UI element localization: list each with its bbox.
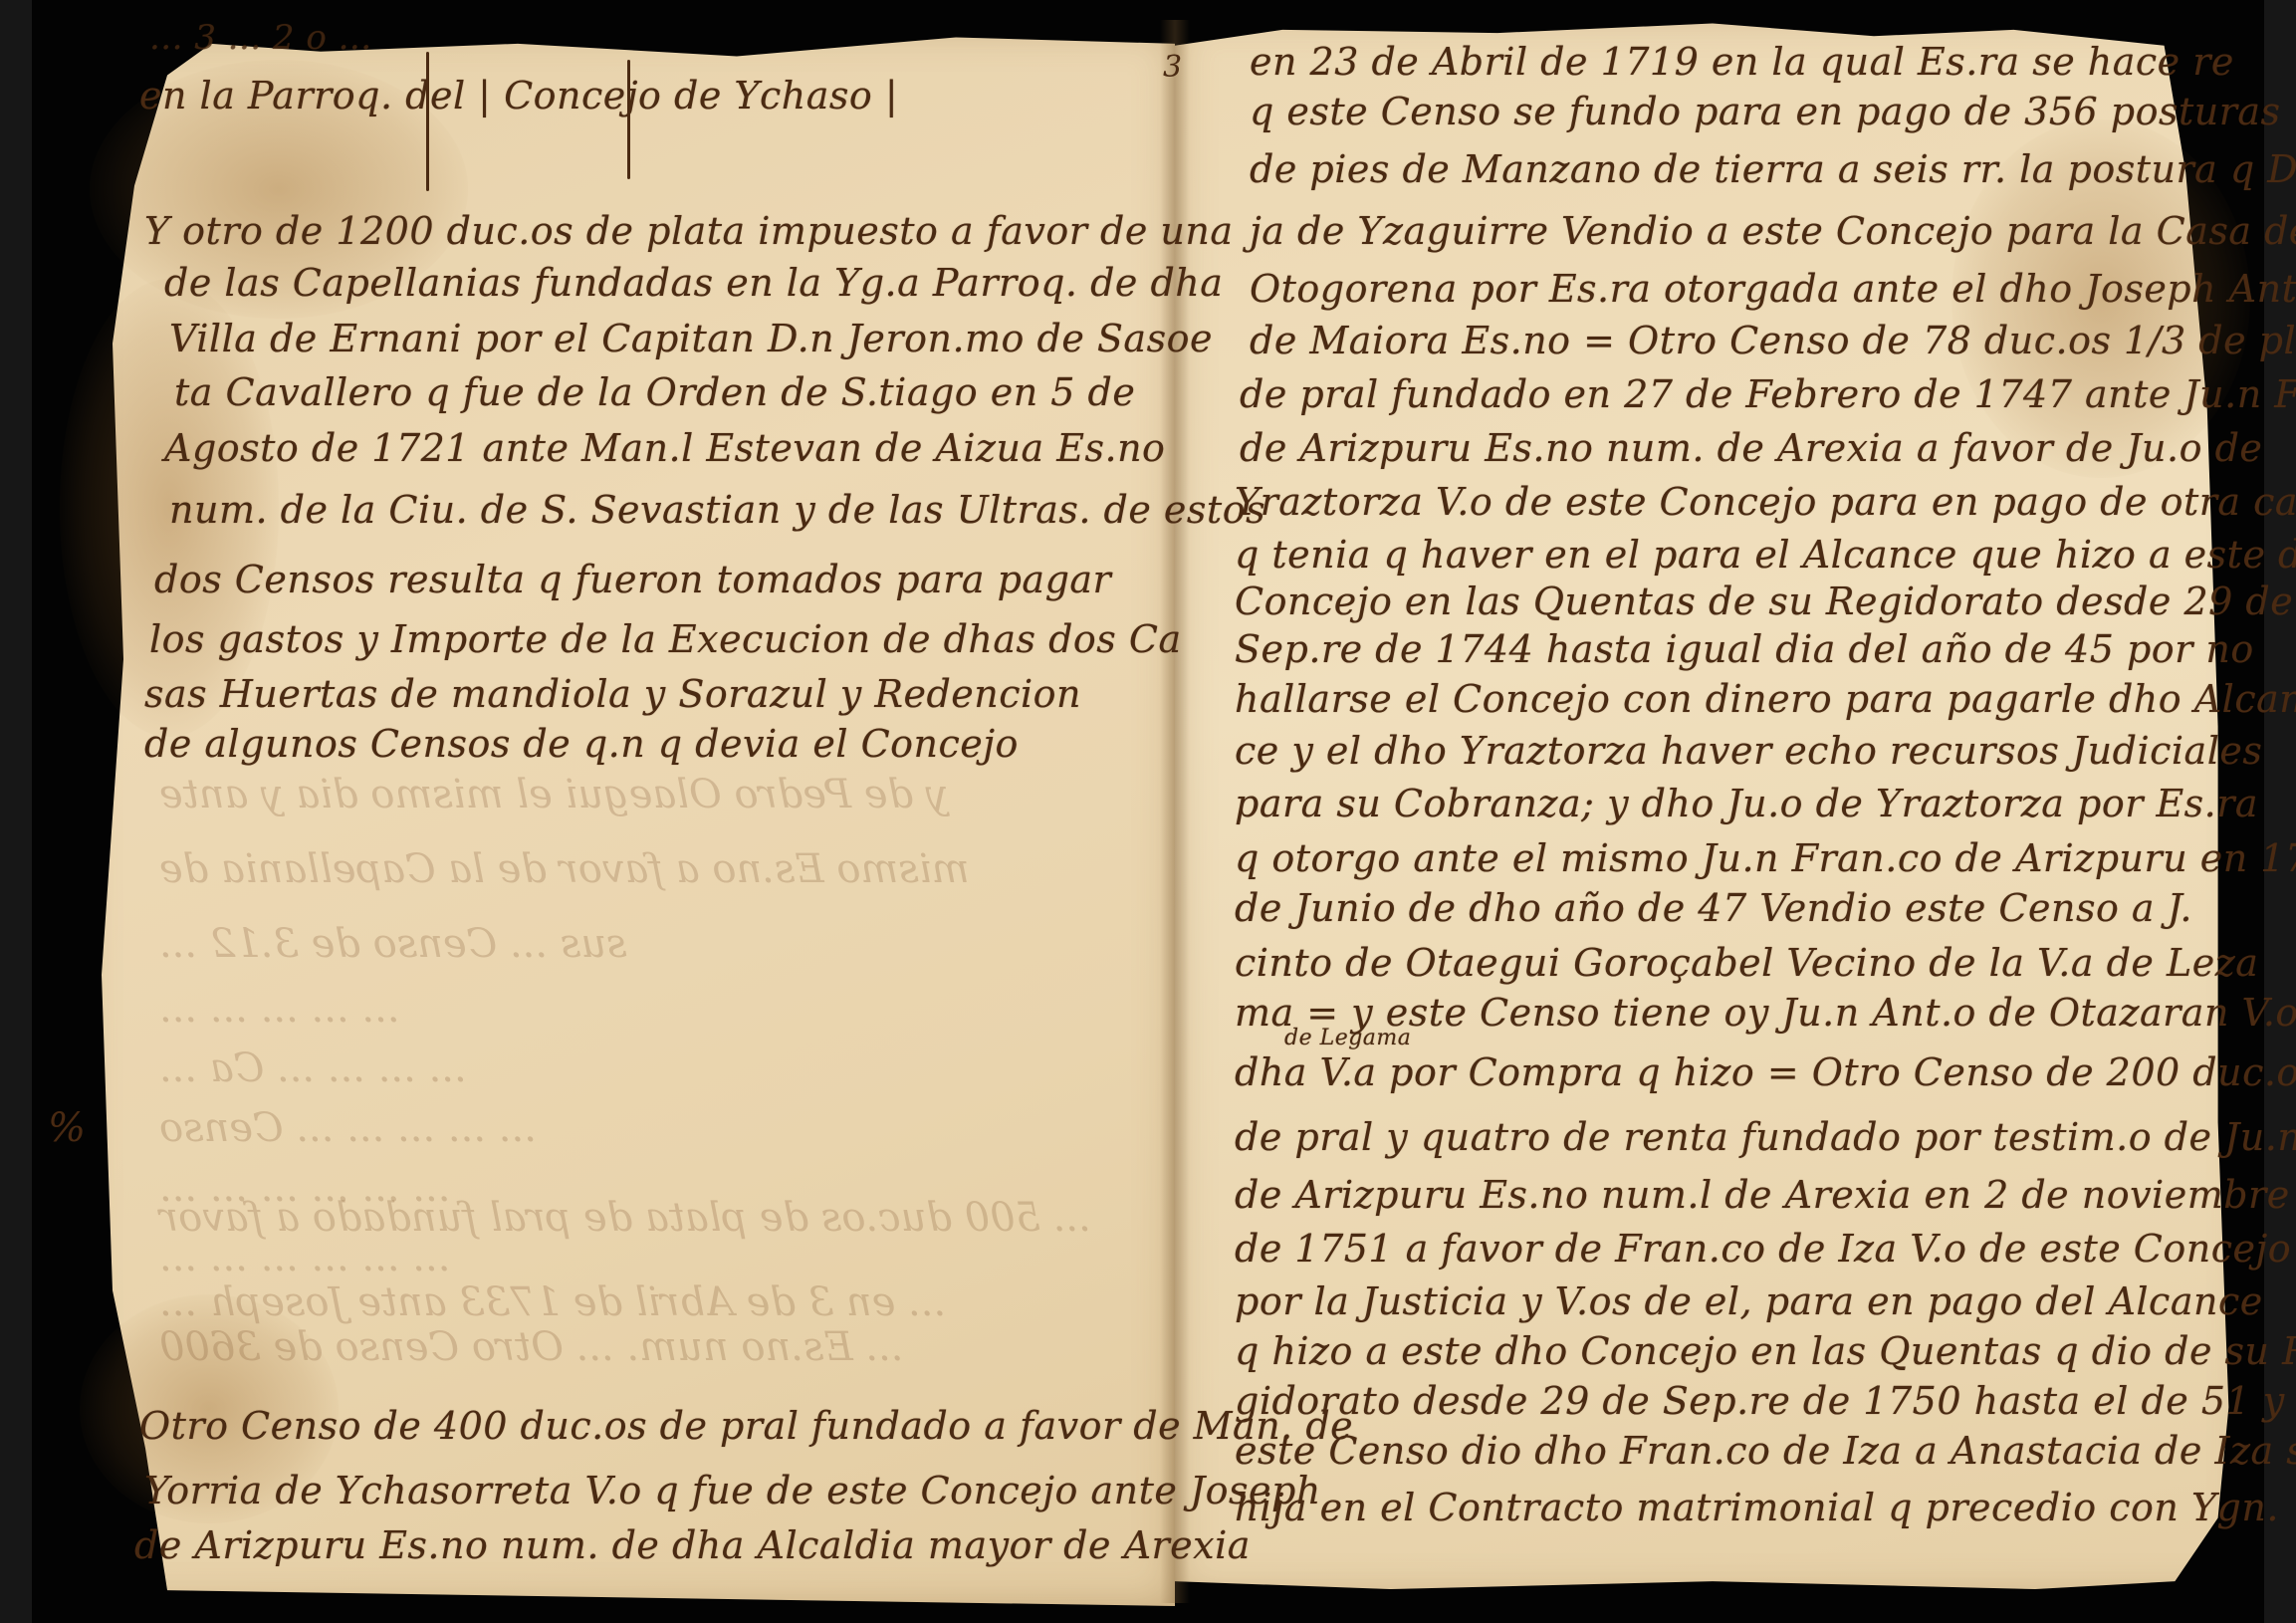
book-gutter bbox=[1160, 20, 1190, 1603]
page-heading: en la Parroq. del | Concejo de Ychaso | bbox=[139, 74, 898, 117]
margin-mark: % bbox=[48, 1105, 86, 1151]
interlinear-note: de Legama bbox=[1284, 1026, 1411, 1050]
heading-rule bbox=[426, 52, 429, 191]
heading-rule bbox=[627, 60, 630, 179]
torn-header-text: ... 3 ... 2 o ... bbox=[149, 18, 372, 58]
margin-mark: 3 bbox=[1163, 50, 1182, 85]
viewer-left-strip bbox=[0, 0, 32, 1623]
